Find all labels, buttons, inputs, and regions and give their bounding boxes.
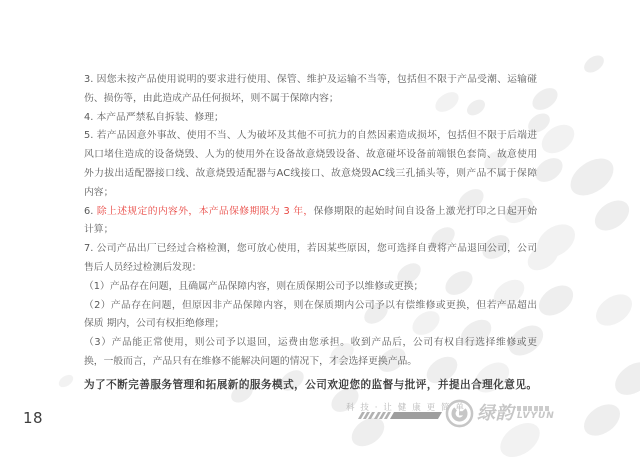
document-line: （1）产品存在问题，且确属产品保障内容，则在质保期公司予以维修或更换； — [84, 278, 537, 297]
document-text: 售后人员经过检测后发现： — [84, 262, 202, 273]
document-text: 保质 期内，公司有权拒绝修理； — [84, 318, 224, 329]
document-line: 内容； — [84, 184, 537, 203]
document-text: 换，一般而言，产品只有在维修不能解决问题的情况下，才会选择更换产品。 — [84, 356, 417, 367]
document-line: 外力拔出适配器接口线、故意烧毁适配器与AC线接口、故意烧毁AC线三孔插头等，则产… — [84, 165, 537, 184]
document-line: （3）产品能正常使用，则公司予以退回，运费由您承担。收到产品后，公司有权自行选择… — [84, 334, 537, 353]
document-line: 6. 除上述规定的内容外，本产品保修期限为 3 年，保修期限的起始时间自设备上激… — [84, 203, 537, 222]
document-text: 外力拔出适配器接口线、故意烧毁适配器与AC线接口、故意烧毁AC线三孔插头等，则产… — [84, 168, 537, 179]
document-text: 计算； — [84, 224, 113, 235]
brand-latin-name: LVYUN — [517, 412, 555, 421]
document-text: 保修期限的起始时间自设备上激光打印之日起开始 — [314, 206, 537, 217]
document-line: 3. 因您未按产品使用说明的要求进行使用、保管、维护及运输不当等，包括但不限于产… — [84, 71, 537, 90]
document-line: 风口堵住造成的设备烧毁、人为的使用外在设备故意烧毁设备、故意碰坏设备前端银色套筒… — [84, 146, 537, 165]
leaf-ellipse — [609, 355, 640, 401]
page-number: 18 — [23, 409, 43, 427]
leaf-ellipse — [581, 52, 607, 76]
document-text: 7. 公司产品出厂已经过合格检测，您可放心使用，若因某些原因，您可选择自费将产品… — [84, 243, 537, 254]
closing-statement: 为了不断完善服务管理和拓展新的服务模式，公司欢迎您的监督与批评，并提出合理化意见… — [84, 376, 537, 395]
warranty-text-block: 3. 因您未按产品使用说明的要求进行使用、保管、维护及运输不当等，包括但不限于产… — [84, 71, 537, 395]
document-text: 伤、损伤等，由此造成产品任何损坏，则不属于保障内容； — [84, 93, 339, 104]
brand-logo-icon — [445, 399, 474, 428]
leaf-ellipse — [57, 372, 76, 389]
document-text: 风口堵住造成的设备烧毁、人为的使用外在设备故意烧毁设备、故意碰坏设备前端银色套筒… — [84, 149, 537, 160]
document-line: 7. 公司产品出厂已经过合格检测，您可放心使用，若因某些原因，您可选择自费将产品… — [84, 240, 537, 259]
leaf-ellipse — [578, 398, 626, 442]
leaf-ellipse — [590, 288, 638, 332]
document-line: 计算； — [84, 221, 537, 240]
document-line: 4. 本产品严禁私自拆装、修理； — [84, 109, 537, 128]
document-text: （3）产品能正常使用，则公司予以退回，运费由您承担。收到产品后，公司有权自行选择… — [84, 337, 537, 348]
leaf-ellipse — [533, 279, 578, 321]
document-text: 6. — [84, 206, 97, 217]
slash-bar — [390, 412, 442, 419]
leaf-ellipse — [564, 151, 621, 203]
document-text: （1）产品存在问题，且确属产品保障内容，则在质保期公司予以维修或更换； — [84, 281, 423, 292]
document-line: 换，一般而言，产品只有在维修不能解决问题的情况下，才会选择更换产品。 — [84, 353, 537, 372]
document-text: 5. 若产品因意外事故、使用不当、人为破坏及其他不可抗力的自然因素造成损坏，包括… — [84, 130, 537, 141]
brand-name: 绿韵 — [477, 399, 514, 428]
document-text: （2）产品存在问题，但原因非产品保障内容，则在保质期内公司予以有偿维修或更换，但… — [84, 300, 537, 311]
leaf-ellipse — [589, 194, 634, 236]
document-text: 4. 本产品严禁私自拆装、修理； — [84, 112, 224, 123]
document-line: 5. 若产品因意外事故、使用不当、人为破坏及其他不可抗力的自然因素造成损坏，包括… — [84, 127, 537, 146]
document-text: 3. 因您未按产品使用说明的要求进行使用、保管、维护及运输不当等，包括但不限于产… — [84, 74, 537, 85]
brand-logo: 绿韵 LVYUN — [445, 399, 555, 428]
document-line: （2）产品存在问题，但原因非产品保障内容，则在保质期内公司予以有偿维修或更换，但… — [84, 297, 537, 316]
brand-subtext: LVYUN — [517, 399, 555, 428]
document-text: 内容； — [84, 187, 113, 198]
document-line: 售后人员经过检测后发现： — [84, 259, 537, 278]
document-line: 伤、损伤等，由此造成产品任何损坏，则不属于保障内容； — [84, 90, 537, 109]
slash-decoration — [360, 412, 440, 419]
warranty-period-highlight: 除上述规定的内容外，本产品保修期限为 3 年， — [97, 206, 314, 217]
document-line: 保质 期内，公司有权拒绝修理； — [84, 315, 537, 334]
document-page: 3. 因您未按产品使用说明的要求进行使用、保管、维护及运输不当等，包括但不限于产… — [0, 0, 640, 468]
